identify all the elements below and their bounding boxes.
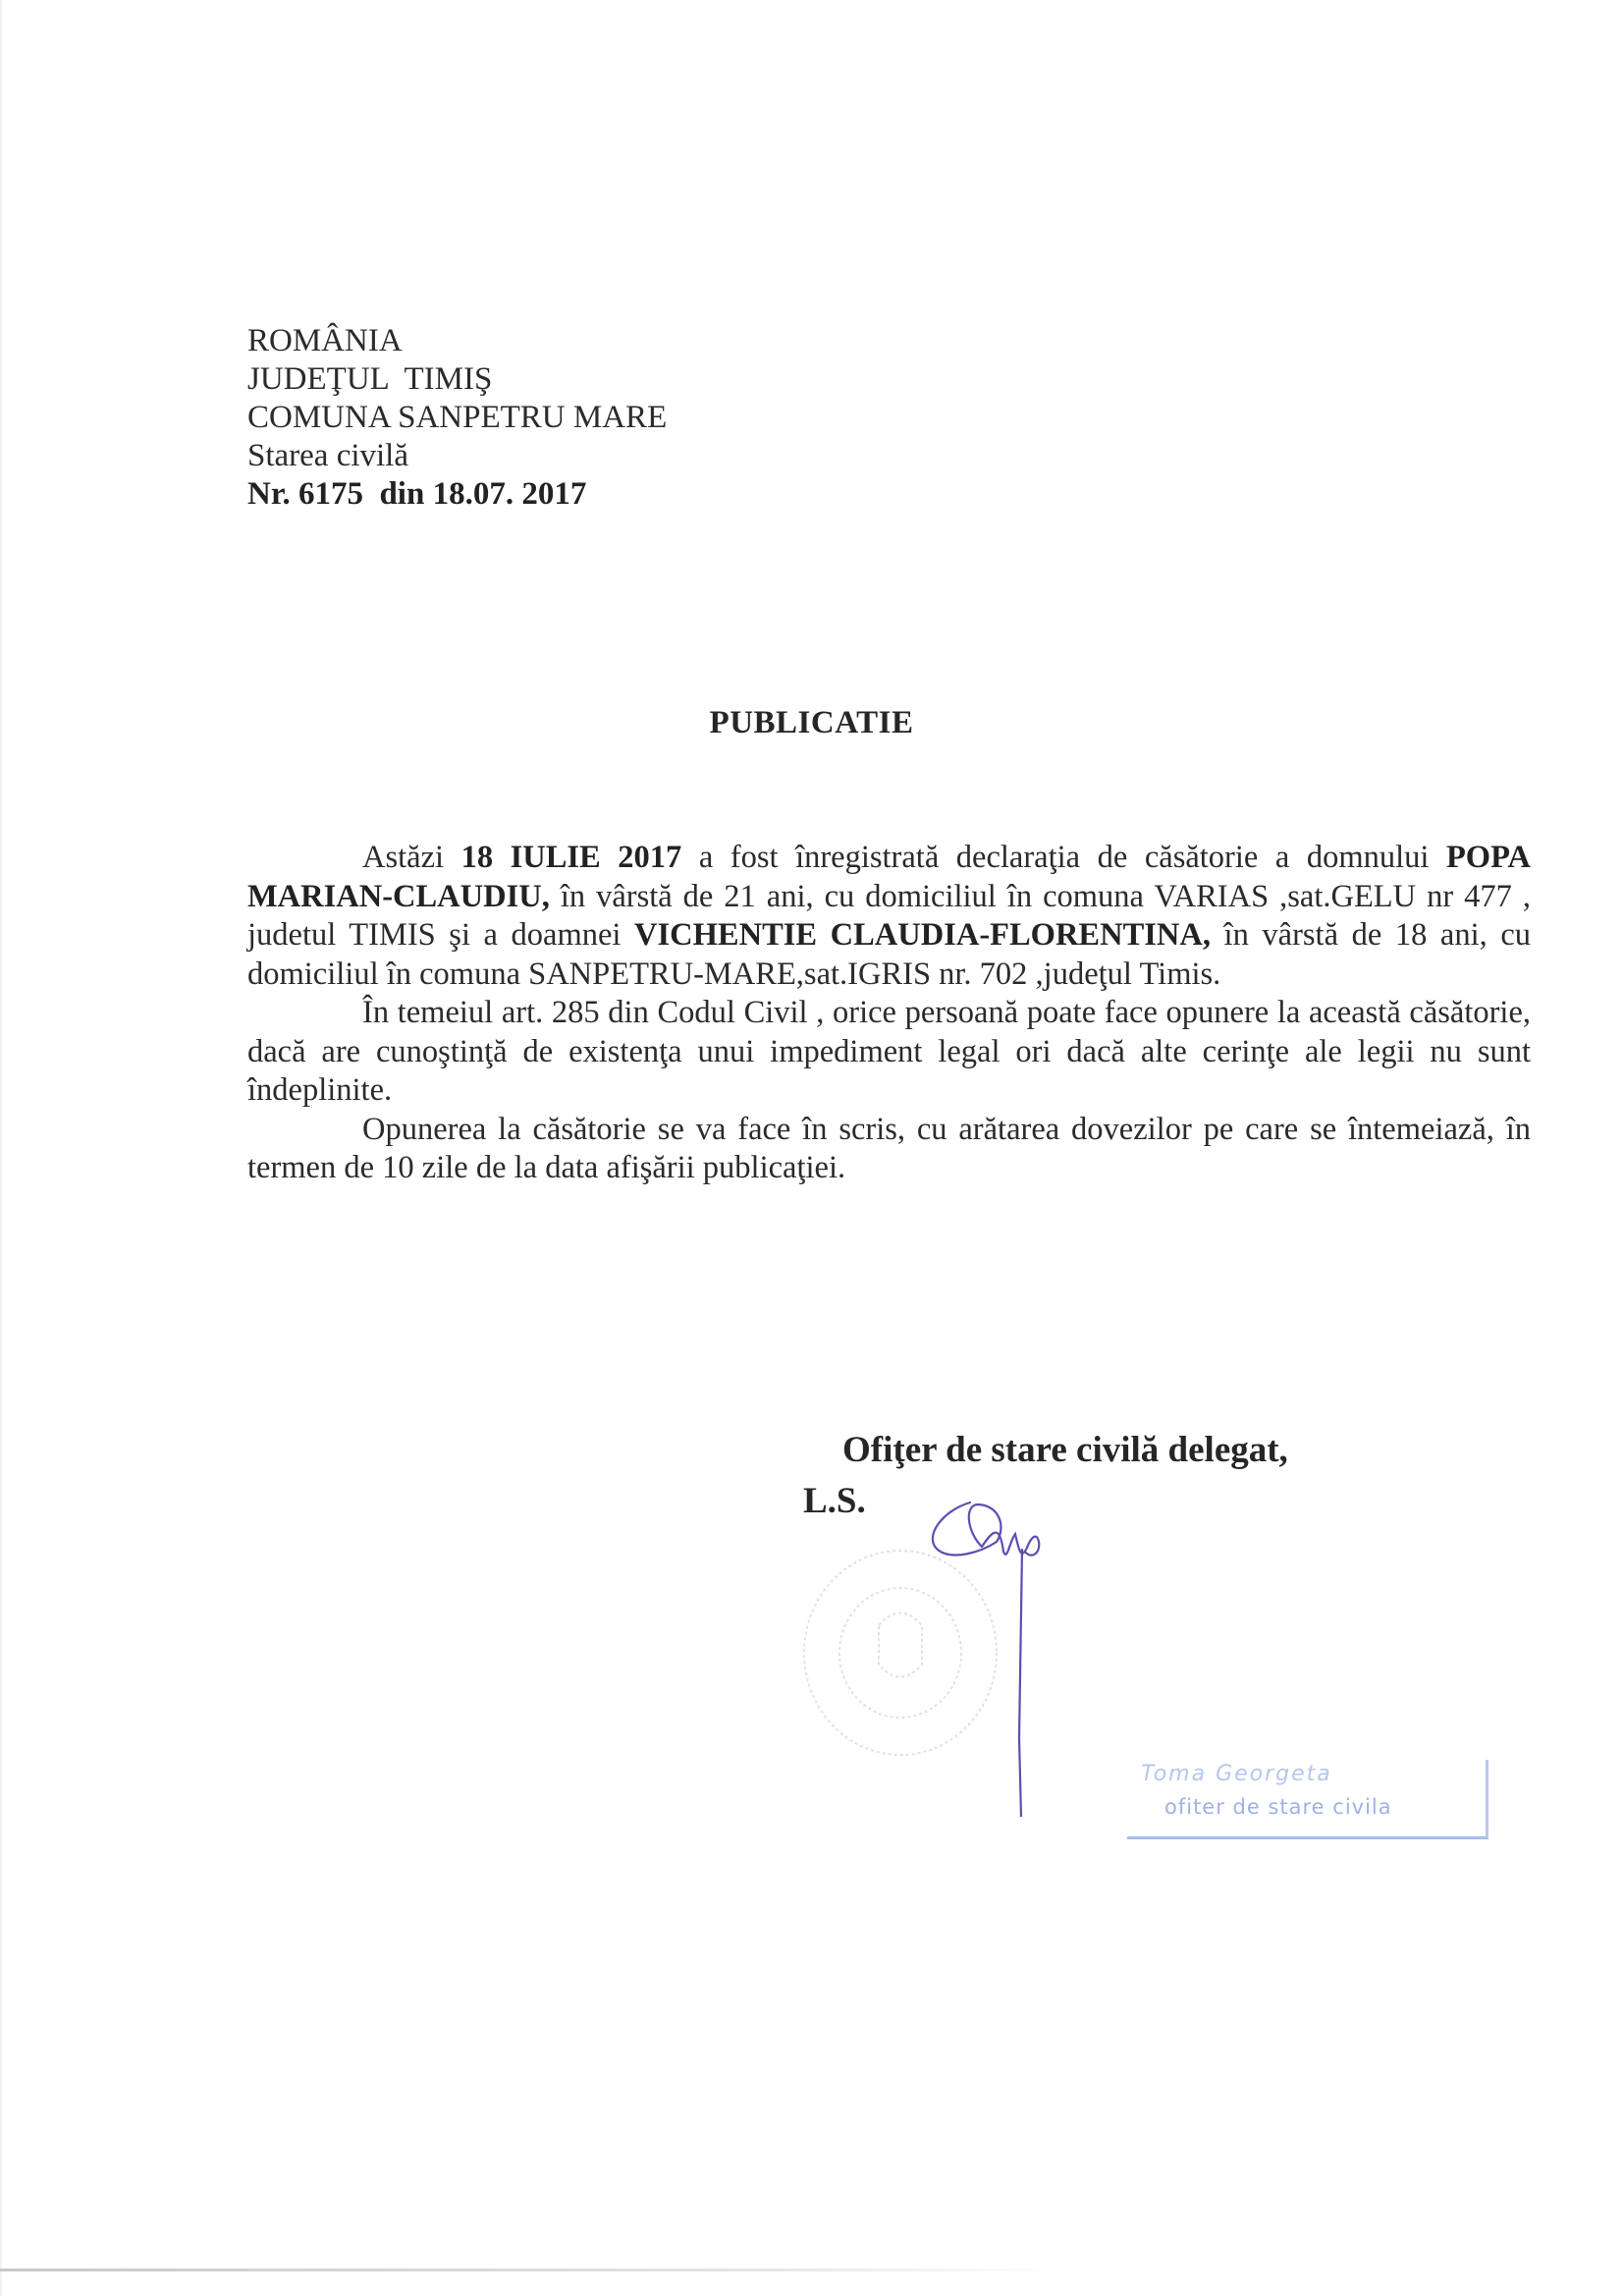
bride-name: VICHENTIE CLAUDIA-FLORENTINA, xyxy=(634,917,1211,953)
scan-edge xyxy=(0,0,2,2296)
seal-label: L.S. xyxy=(803,1480,866,1522)
stamp-name: Toma Georgeta xyxy=(1141,1762,1332,1786)
signatory-title: Ofiţer de stare civilă delegat, xyxy=(842,1429,1288,1471)
officer-stamp: Toma Georgeta ofiter de stare civila xyxy=(1127,1760,1488,1839)
paragraph-legal-basis: În temeiul art. 285 din Codul Civil , or… xyxy=(247,994,1531,1111)
declaration-date: 18 IULIE 2017 xyxy=(461,840,682,875)
text-after-date: a fost înregistrată declaraţia de căsăto… xyxy=(681,840,1446,875)
issuer-header: ROMÂNIA JUDEŢUL TIMIŞ COMUNA SANPETRU MA… xyxy=(247,322,667,514)
header-commune: COMUNA SANPETRU MARE xyxy=(247,399,667,437)
scan-artifact-line xyxy=(0,2269,1060,2271)
text-intro: Astăzi xyxy=(362,840,461,875)
paragraph-opposition: Opunerea la căsătorie se va face în scri… xyxy=(247,1111,1531,1188)
stamp-role: ofiter de stare civila xyxy=(1164,1795,1392,1819)
header-department: Starea civilă xyxy=(247,437,667,475)
registration-number: Nr. 6175 din 18.07. 2017 xyxy=(247,475,667,514)
document-body: Astăzi 18 IULIE 2017 a fost înregistrată… xyxy=(247,839,1531,1188)
document-title: PUBLICATIE xyxy=(0,705,1623,741)
document-page: ROMÂNIA JUDEŢUL TIMIŞ COMUNA SANPETRU MA… xyxy=(0,0,1623,2296)
header-county: JUDEŢUL TIMIŞ xyxy=(247,360,667,399)
header-country: ROMÂNIA xyxy=(247,322,667,360)
paragraph-declaration: Astăzi 18 IULIE 2017 a fost înregistrată… xyxy=(247,839,1531,994)
